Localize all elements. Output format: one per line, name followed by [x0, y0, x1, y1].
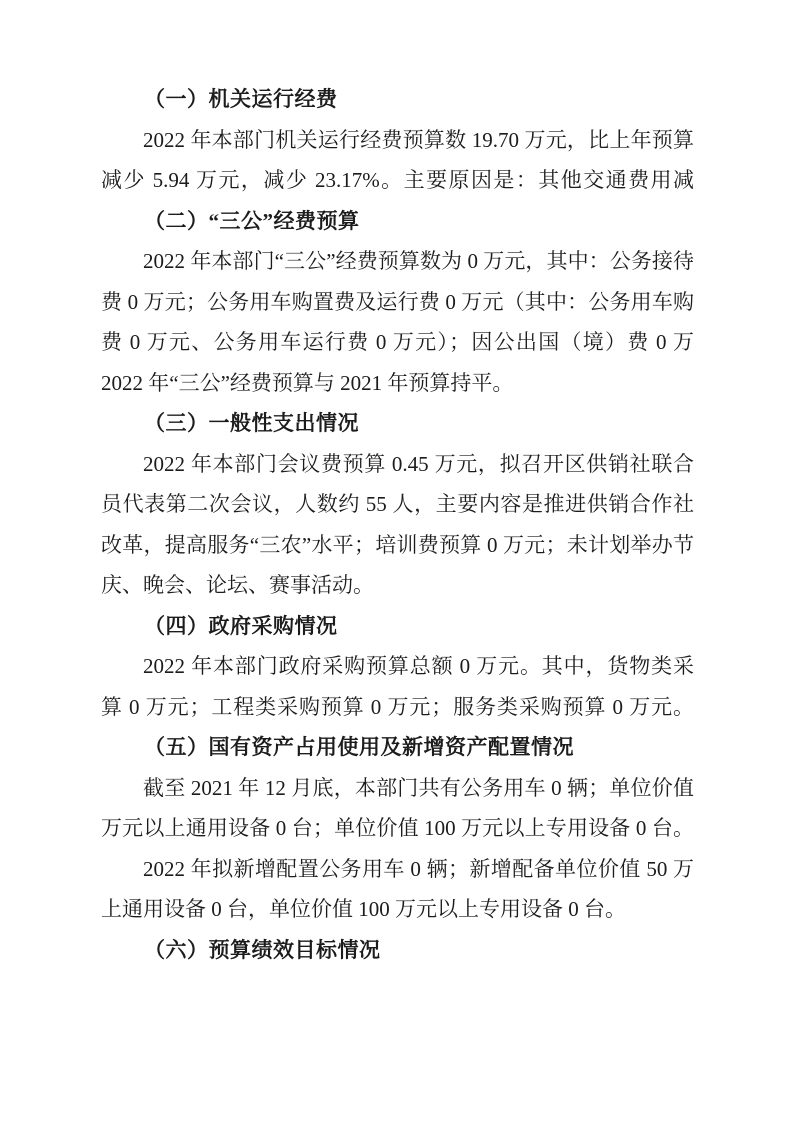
- section-agency-operating-expenses: （一）机关运行经费 2022 年本部门机关运行经费预算数 19.70 万元，比上…: [101, 79, 694, 201]
- text-line: 2022 年本部门“三公”经费预算数为 0 万元，其中：公务接待: [101, 241, 694, 282]
- section-heading: （三）一般性支出情况: [101, 403, 694, 444]
- document-page: （一）机关运行经费 2022 年本部门机关运行经费预算数 19.70 万元，比上…: [0, 0, 794, 1122]
- text-line: 算 0 万元；工程类采购预算 0 万元；服务类采购预算 0 万元。: [101, 687, 694, 728]
- section-three-public-expenses-budget: （二）“三公”经费预算 2022 年本部门“三公”经费预算数为 0 万元，其中：…: [101, 201, 694, 404]
- text-line: 改革，提高服务“三农”水平；培训费预算 0 万元；未计划举办节: [101, 525, 694, 566]
- text-line: 2022 年拟新增配置公务用车 0 辆；新增配备单位价值 50 万元以: [101, 849, 694, 890]
- section-general-expenditure: （三）一般性支出情况 2022 年本部门会议费预算 0.45 万元，拟召开区供销…: [101, 403, 694, 606]
- section-heading: （二）“三公”经费预算: [101, 201, 694, 242]
- text-line: 员代表第二次会议，人数约 55 人，主要内容是推进供销合作社综合: [101, 484, 694, 525]
- section-heading: （四）政府采购情况: [101, 606, 694, 647]
- text-line: 2022 年本部门政府采购预算总额 0 万元。其中，货物类采购预: [101, 646, 694, 687]
- text-line: 2022 年本部门机关运行经费预算数 19.70 万元，比上年预算数: [101, 120, 694, 161]
- text-line: 费 0 万元、公务用车运行费 0 万元）；因公出国（境）费 0 万元。: [101, 322, 694, 363]
- section-state-owned-assets: （五）国有资产占用使用及新增资产配置情况 截至 2021 年 12 月底，本部门…: [101, 727, 694, 930]
- text-line: 上通用设备 0 台，单位价值 100 万元以上专用设备 0 台。: [101, 889, 694, 930]
- text-line: 截至 2021 年 12 月底，本部门共有公务用车 0 辆；单位价值 50: [101, 768, 694, 809]
- section-government-procurement: （四）政府采购情况 2022 年本部门政府采购预算总额 0 万元。其中，货物类采…: [101, 606, 694, 728]
- section-heading: （五）国有资产占用使用及新增资产配置情况: [101, 727, 694, 768]
- section-heading: （一）机关运行经费: [101, 79, 694, 120]
- text-line: 2022 年本部门会议费预算 0.45 万元，拟召开区供销社联合社社: [101, 444, 694, 485]
- text-line: 减少 5.94 万元，减少 23.17%。主要原因是：其他交通费用减少。: [101, 160, 694, 201]
- text-line: 费 0 万元；公务用车购置费及运行费 0 万元（其中：公务用车购置: [101, 282, 694, 323]
- text-line: 2022 年“三公”经费预算与 2021 年预算持平。: [101, 363, 694, 404]
- text-line: 万元以上通用设备 0 台；单位价值 100 万元以上专用设备 0 台。: [101, 808, 694, 849]
- section-heading: （六）预算绩效目标情况: [101, 930, 694, 971]
- section-budget-performance-targets: （六）预算绩效目标情况: [101, 930, 694, 971]
- text-line: 庆、晚会、论坛、赛事活动。: [101, 565, 694, 606]
